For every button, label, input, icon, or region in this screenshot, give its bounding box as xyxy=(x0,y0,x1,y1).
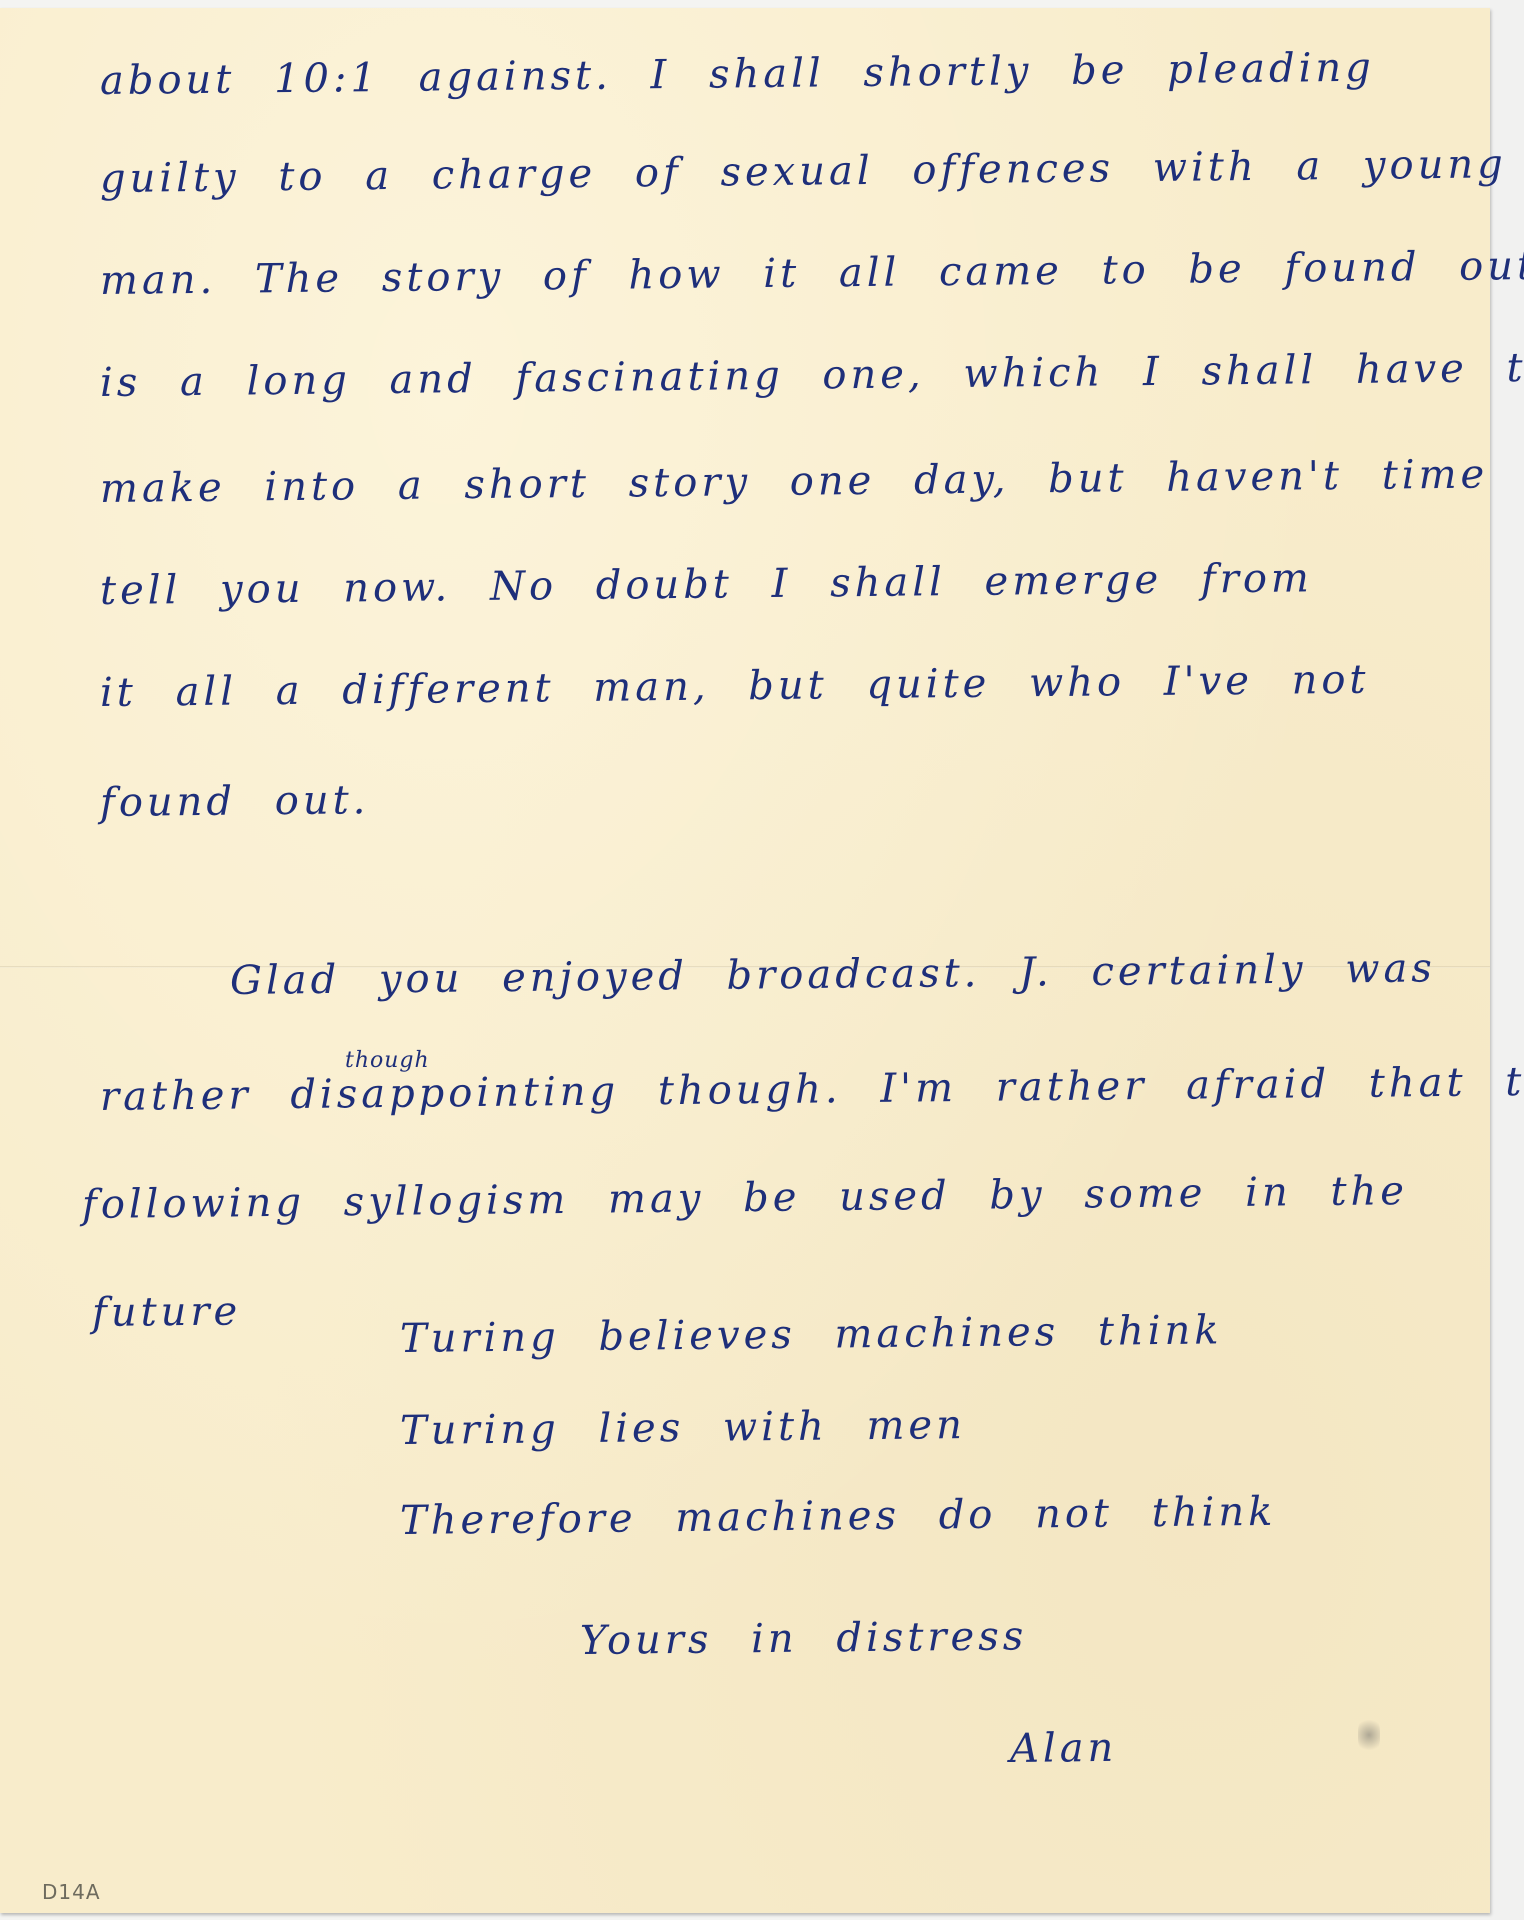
letter-line-10: rather disappointing though. I'm rather … xyxy=(100,1058,1524,1120)
letter-line-11: following syllogism may be used by some … xyxy=(82,1168,1408,1228)
letter-line-4: is a long and fascinating one, which I s… xyxy=(100,345,1524,406)
letter-line-7: it all a different man, but quite who I'… xyxy=(100,657,1370,716)
letter-line-6: tell you now. No doubt I shall emerge fr… xyxy=(100,555,1313,614)
letter-line-2: guilty to a charge of sexual offences wi… xyxy=(100,141,1507,202)
letter-line-9: Glad you enjoyed broadcast. J. certainly… xyxy=(230,945,1436,1004)
letter-line-12: future xyxy=(92,1288,242,1336)
ink-smudge xyxy=(1358,1716,1380,1754)
letter-line-1: about 10:1 against. I shall shortly be p… xyxy=(100,45,1375,104)
letter-signature: Alan xyxy=(1010,1725,1118,1772)
letter-line-3: man. The story of how it all came to be … xyxy=(100,243,1524,304)
syllogism-premise-1: Turing believes machines think xyxy=(400,1307,1223,1362)
syllogism-conclusion: Therefore machines do not think xyxy=(400,1489,1277,1544)
archive-reference-mark: D14A xyxy=(42,1880,101,1904)
syllogism-premise-2: Turing lies with men xyxy=(400,1402,966,1454)
letter-line-8: found out. xyxy=(100,777,370,826)
letter-closing: Yours in distress xyxy=(580,1613,1028,1664)
letter-line-5: make into a short story one day, but hav… xyxy=(100,451,1524,512)
inserted-word: though xyxy=(345,1048,430,1073)
letter-page: about 10:1 against. I shall shortly be p… xyxy=(0,8,1490,1913)
